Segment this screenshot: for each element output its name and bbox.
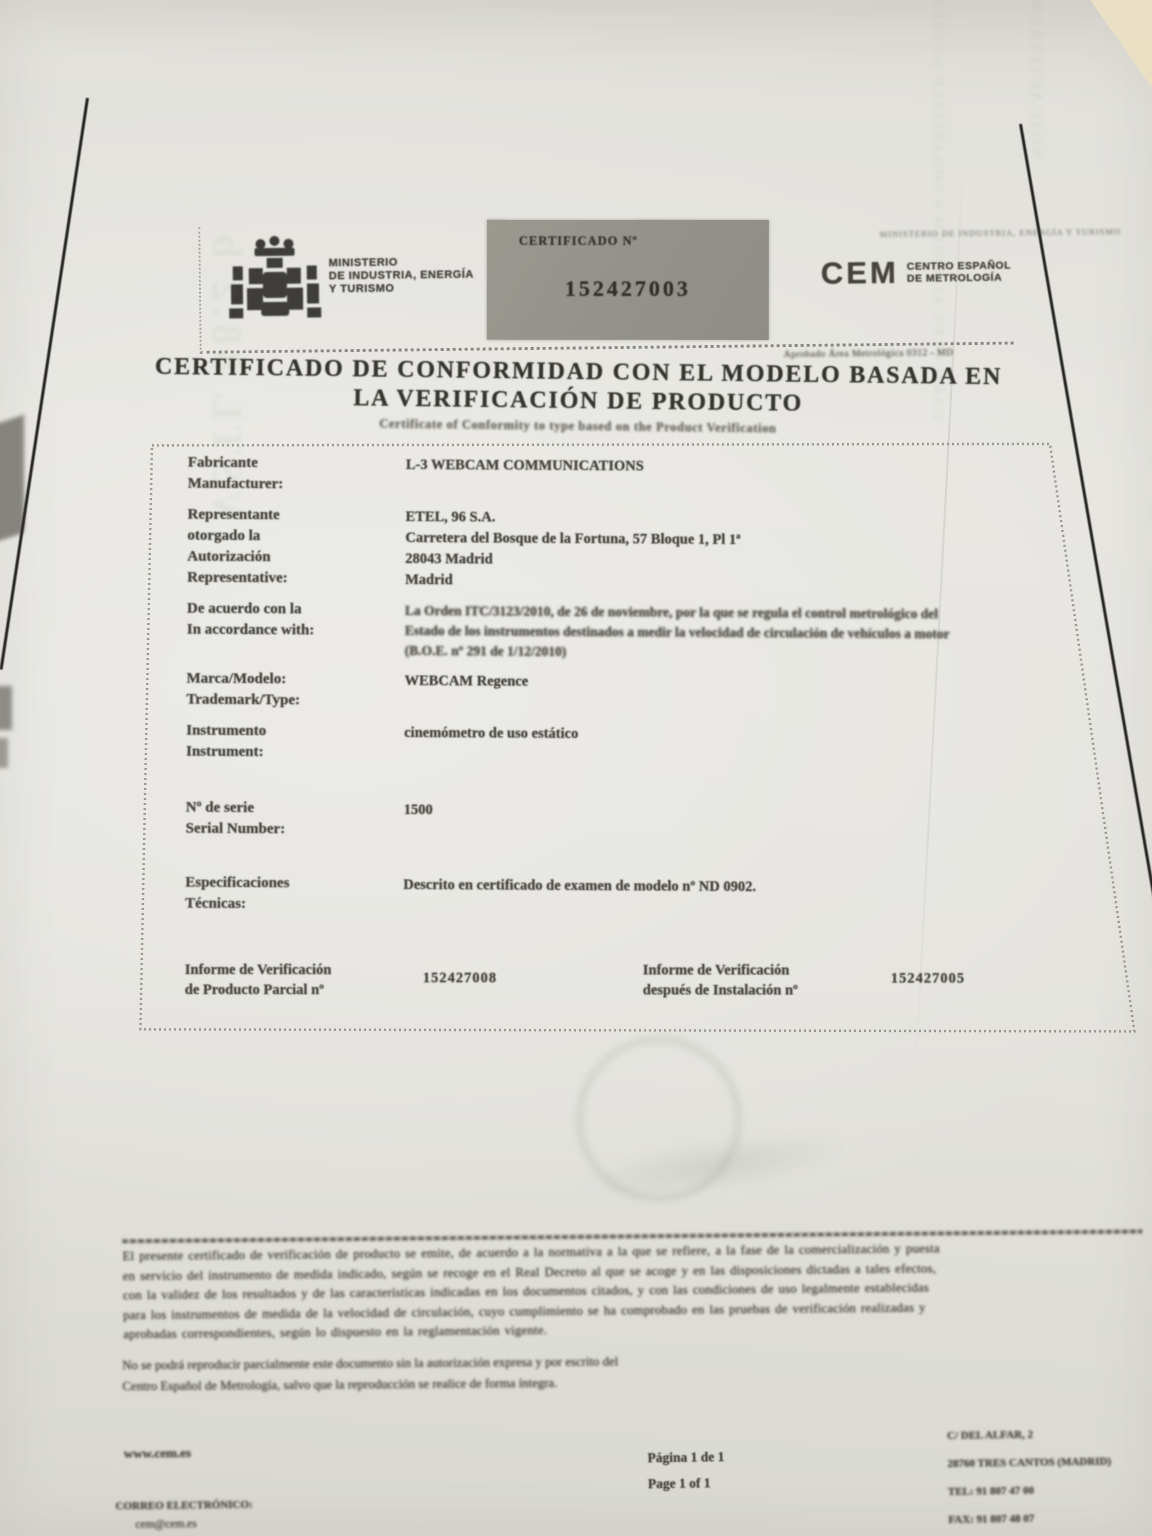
value-line: (B.O.E. nº 291 de 1/12/2010) <box>405 641 1085 665</box>
address-line: TEL: 91 807 47 00 <box>948 1476 1112 1506</box>
label-line: Especificaciones <box>185 873 390 895</box>
report-right-label: Informe de Verificación después de Insta… <box>643 960 798 1000</box>
footer-address: C/ DEL ALFAR, 2 28760 TRES CANTOS (MADRI… <box>947 1420 1112 1534</box>
label-line: Serial Number: <box>186 819 391 841</box>
field-value: Descrito en certificado de examen de mod… <box>403 875 1083 900</box>
report-right-number: 152427005 <box>891 971 965 988</box>
field-label: Marca/Modelo: Trademark/Type: <box>186 669 391 712</box>
label-line: Nº de serie <box>186 798 391 820</box>
value-line: Carretera del Bosque de la Fortuna, 57 B… <box>405 528 1085 553</box>
report-left-label: Informe de Verificación de Producto Parc… <box>185 960 332 1000</box>
value-line: Descrito en certificado de examen de mod… <box>403 875 1083 900</box>
label-line: de Producto Parcial nº <box>185 980 332 1000</box>
label-line: otorgado la <box>187 526 392 548</box>
field-label: Nº de serie Serial Number: <box>186 798 391 841</box>
label-line: Manufacturer: <box>188 474 393 496</box>
label-line: In accordance with: <box>187 620 392 642</box>
reproduction-note: No se podrá reproducir parcialmente este… <box>122 1348 1002 1397</box>
report-left-number: 152427008 <box>423 970 497 987</box>
label-line: Representative: <box>187 568 392 590</box>
label-line: Autorización <box>187 547 392 569</box>
label-line: Técnicas: <box>185 894 390 916</box>
label-line: Marca/Modelo: <box>186 669 391 691</box>
value-line: WEBCAM Regence <box>404 671 1084 696</box>
photo-of-certificate: NÓICACIFIREV AL ED OLEDOM LE NOC DADIMRO… <box>0 0 1152 1536</box>
value-line: Madrid <box>405 570 1085 595</box>
field-label: Fabricante Manufacturer: <box>188 453 393 496</box>
label-line: después de Instalación nº <box>643 980 798 1000</box>
label-line: Instrumento <box>186 721 391 743</box>
address-line: FAX: 91 807 48 07 <box>948 1504 1112 1534</box>
label-line: Informe de Verificación <box>185 960 332 980</box>
value-line: 1500 <box>404 800 1084 825</box>
label-line: Informe de Verificación <box>643 960 798 980</box>
footer-email: cem@cem.es <box>135 1518 196 1531</box>
field-value: cinemómetro de uso estático <box>404 723 1084 748</box>
label-line: Fabricante <box>188 453 393 475</box>
label-line: Trademark/Type: <box>186 690 391 712</box>
legal-paragraph: El presente certificado de verificación … <box>122 1229 1143 1344</box>
field-value: L-3 WEBCAM COMMUNICATIONS <box>406 455 1086 480</box>
document-content: MINISTERIO DE INDUSTRIA, ENERGÍA Y TURIS… <box>0 0 1152 1536</box>
field-value: 1500 <box>404 800 1084 825</box>
field-value: La Orden ITC/3123/2010, de 26 de noviemb… <box>405 601 1085 665</box>
label-line: De acuerdo con la <box>187 599 392 621</box>
label-line: Instrument: <box>186 742 391 764</box>
field-label: Instrumento Instrument: <box>186 721 391 764</box>
field-value: WEBCAM Regence <box>404 671 1084 696</box>
field-label: De acuerdo con la In accordance with: <box>187 599 392 642</box>
footer-website: www.cem.es <box>124 1445 191 1462</box>
address-line: 28760 TRES CANTOS (MADRID) <box>947 1448 1111 1478</box>
footer-email-label: CORREO ELECTRÓNICO: <box>115 1499 252 1513</box>
page-number-es: Página 1 de 1 <box>647 1444 724 1471</box>
field-label: Representante otorgado la Autorización R… <box>187 505 393 590</box>
address-line: C/ DEL ALFAR, 2 <box>947 1420 1111 1450</box>
field-label: Especificaciones Técnicas: <box>185 873 390 916</box>
field-value: ETEL, 96 S.A. Carretera del Bosque de la… <box>405 507 1086 595</box>
value-line: L-3 WEBCAM COMMUNICATIONS <box>406 455 1086 480</box>
page-number-en: Page 1 of 1 <box>648 1470 725 1497</box>
value-line: cinemómetro de uso estático <box>404 723 1084 748</box>
label-line: Representante <box>187 505 392 527</box>
footer-page-indicator: Página 1 de 1 Page 1 of 1 <box>647 1444 725 1497</box>
